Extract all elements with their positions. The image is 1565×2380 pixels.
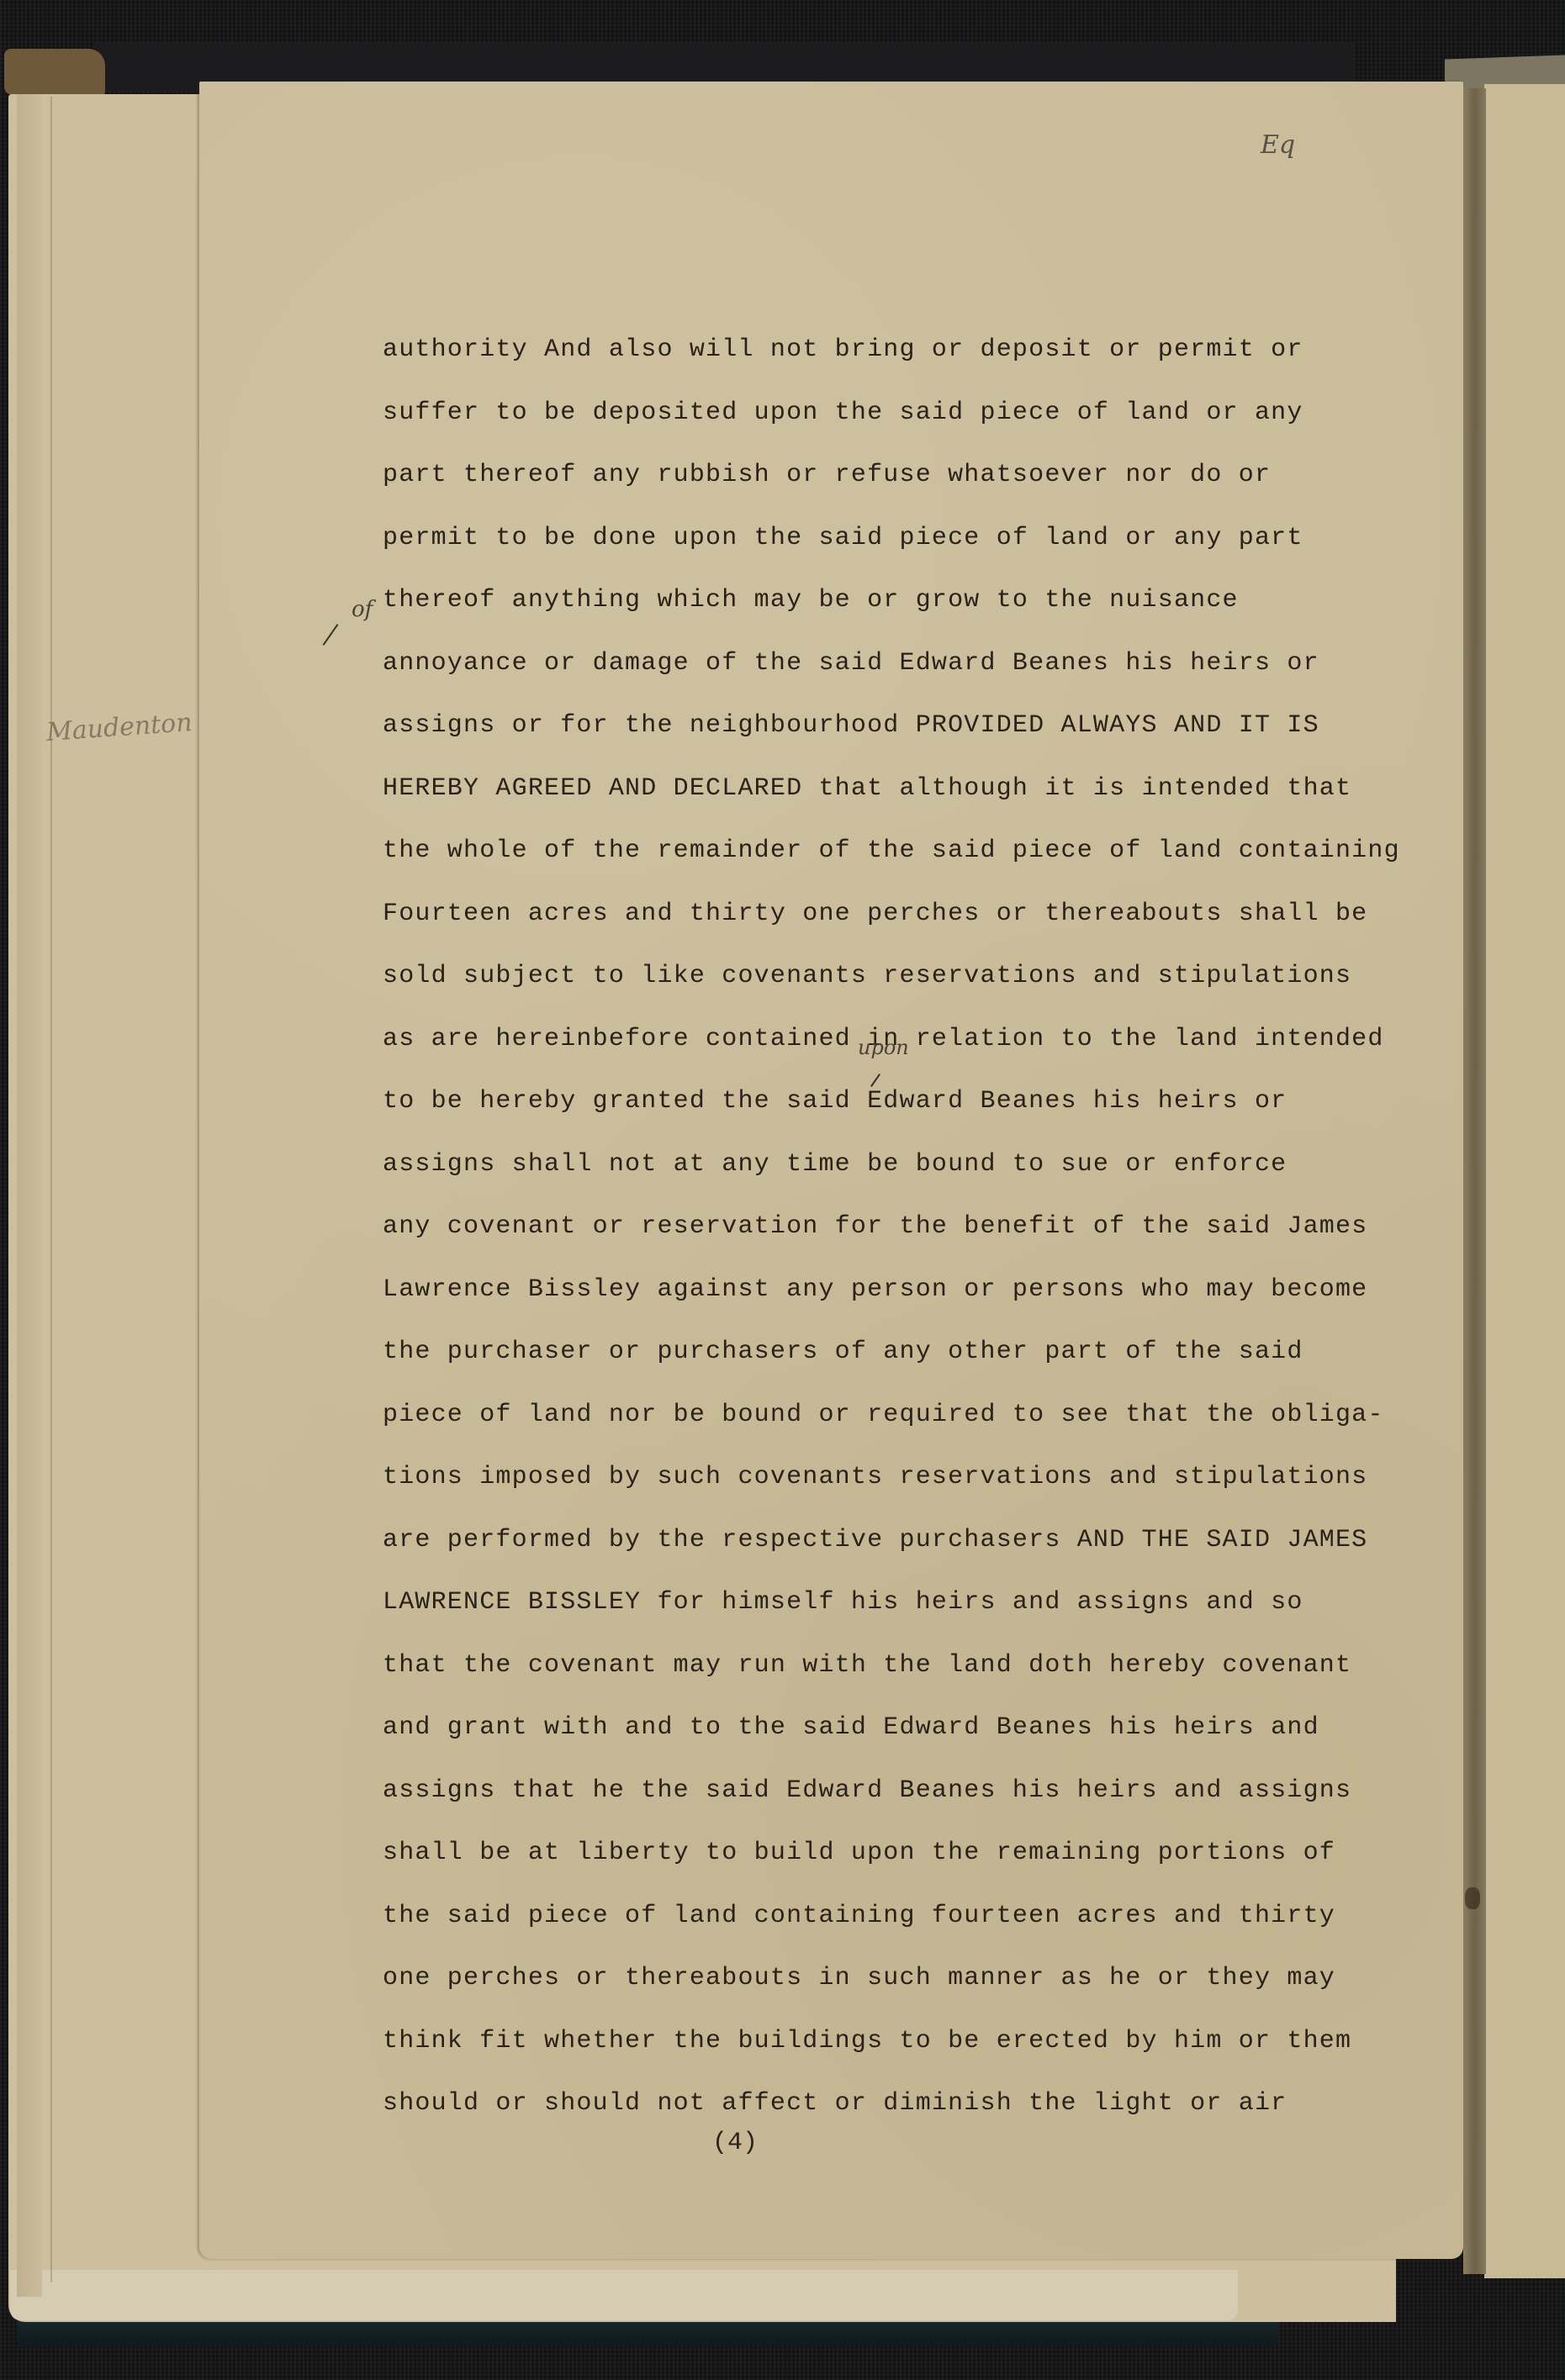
text-line: part thereof any rubbish or refuse whats…: [383, 444, 1476, 507]
typed-page: Eq authority And also will not bring or …: [199, 82, 1463, 2259]
text-line: the said piece of land containing fourte…: [383, 1885, 1476, 1948]
text-line: should or should not affect or diminish …: [383, 2072, 1476, 2135]
text-line: permit to be done upon the said piece of…: [383, 507, 1476, 570]
corner-pencil-mark: Eq: [1261, 130, 1295, 160]
text-line: LAWRENCE BISSLEY for himself his heirs a…: [383, 1571, 1476, 1634]
page-number: (4): [712, 2129, 758, 2157]
handwritten-insertion-of: of: [352, 597, 373, 622]
torn-paper-corner: [4, 49, 105, 95]
underlying-leaf-bottom-edge: [10, 2270, 1238, 2320]
text-line: Lawrence Bissley against any person or p…: [383, 1259, 1476, 1322]
text-line: that the covenant may run with the land …: [383, 1634, 1476, 1697]
text-line: and grant with and to the said Edward Be…: [383, 1697, 1476, 1760]
left-page-edge: [17, 94, 42, 2297]
text-line: assigns that he the said Edward Beanes h…: [383, 1760, 1476, 1823]
text-line: tions imposed by such covenants reservat…: [383, 1446, 1476, 1509]
body-text: authority And also will not bring or dep…: [383, 319, 1476, 2135]
adjacent-right-page: [1484, 84, 1565, 2278]
text-line: suffer to be deposited upon the said pie…: [383, 382, 1476, 445]
text-line: assigns shall not at any time be bound t…: [383, 1133, 1476, 1196]
text-line: Fourteen acres and thirty one perches or…: [383, 883, 1476, 946]
text-line: the whole of the remainder of the said p…: [383, 820, 1476, 883]
handwritten-insertion-upon: upon: [858, 1036, 909, 1059]
text-line: are performed by the respective purchase…: [383, 1509, 1476, 1572]
text-line: sold subject to like covenants reservati…: [383, 945, 1476, 1008]
text-line: authority And also will not bring or dep…: [383, 319, 1476, 382]
text-line: one perches or thereabouts in such manne…: [383, 1947, 1476, 2010]
text-line: as are hereinbefore contained in relatio…: [383, 1008, 1476, 1071]
text-line: shall be at liberty to build upon the re…: [383, 1822, 1476, 1885]
text-line: any covenant or reservation for the bene…: [383, 1195, 1476, 1259]
fold-line: [50, 97, 52, 2282]
text-line: piece of land nor be bound or required t…: [383, 1384, 1476, 1447]
text-line: HEREBY AGREED AND DECLARED that although…: [383, 757, 1476, 821]
text-line: annoyance or damage of the said Edward B…: [383, 632, 1476, 695]
text-line: think fit whether the buildings to be er…: [383, 2010, 1476, 2073]
text-line: assigns or for the neighbourhood PROVIDE…: [383, 694, 1476, 757]
text-line: the purchaser or purchasers of any other…: [383, 1321, 1476, 1384]
text-line: to be hereby granted the said Edward Bea…: [383, 1070, 1476, 1133]
text-line: thereof anything which may be or grow to…: [383, 569, 1476, 632]
